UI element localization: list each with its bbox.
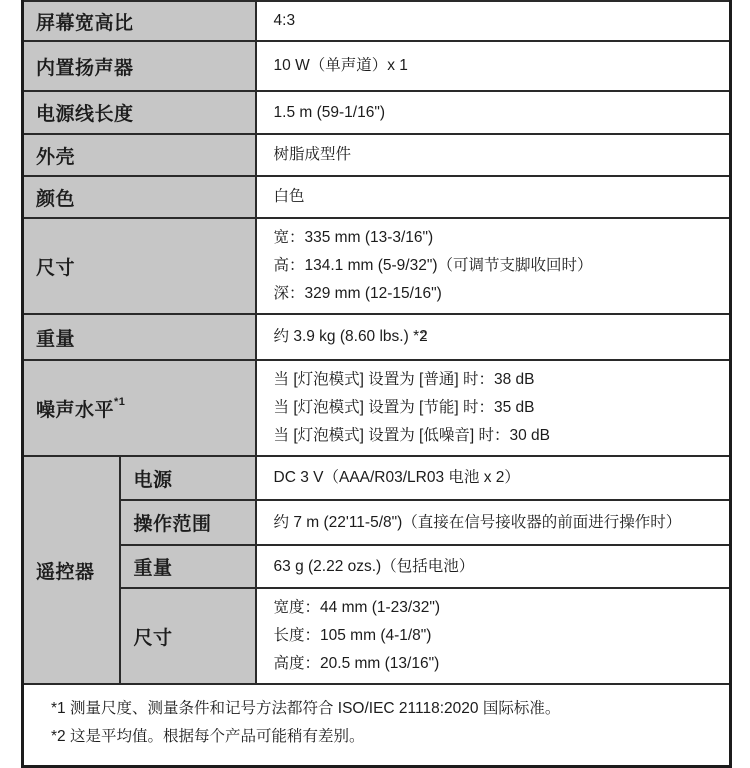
table-row: 噪声水平*1当 [灯泡模式] 设置为 [普通] 时：38 dB当 [灯泡模式] … <box>23 360 731 456</box>
row-value: 白色 <box>256 176 731 218</box>
value-text: 10 W（单声道）x 1 <box>274 57 408 74</box>
label-text: 电源 <box>134 470 173 491</box>
row-value: 约 3.9 kg (8.60 lbs.) *22 <box>256 314 731 360</box>
footnote-line: *2 这是平均值。根据每个产品可能稍有差别。 <box>51 723 719 751</box>
table-row: 屏幕宽高比4:3 <box>23 1 731 41</box>
value-line: 宽：335 mm (13-3/16") <box>274 224 722 252</box>
row-label: 屏幕宽高比 <box>23 1 256 41</box>
row-value: 1.5 m (59-1/16") <box>256 91 731 134</box>
table-row: 尺寸宽：335 mm (13-3/16")高：134.1 mm (5-9/32"… <box>23 218 731 314</box>
sub-row-label: 尺寸 <box>120 588 256 684</box>
table-row: 颜色白色 <box>23 176 731 218</box>
row-label: 重量 <box>23 314 256 360</box>
row-label: 内置扬声器 <box>23 41 256 91</box>
table-row: 外壳树脂成型件 <box>23 134 731 176</box>
label-text: 重量 <box>36 329 75 350</box>
value-line: 高度：20.5 mm (13/16") <box>274 650 722 678</box>
row-value: DC 3 V（AAA/R03/LR03 电池 x 2） <box>256 456 731 500</box>
value-text: 63 g (2.22 ozs.)（包括电池） <box>274 558 475 575</box>
footnote-row: *1 测量尺度、测量条件和记号方法都符合 ISO/IEC 21118:2020 … <box>23 684 731 767</box>
value-text: 当 [灯泡模式] 设置为 [低噪音] 时：30 dB <box>274 427 550 444</box>
value-line: 长度：105 mm (4-1/8") <box>274 622 722 650</box>
value-text: 约 3.9 kg (8.60 lbs.) *2 <box>274 328 428 345</box>
value-text: 高：134.1 mm (5-9/32")（可调节支脚收回时） <box>274 257 593 274</box>
value-text: 长度：105 mm (4-1/8") <box>274 627 432 644</box>
value-text: 高度：20.5 mm (13/16") <box>274 655 440 672</box>
row-label: 外壳 <box>23 134 256 176</box>
row-label: 尺寸 <box>23 218 256 314</box>
label-text: 噪声水平 <box>36 400 114 421</box>
sub-row-label: 重量 <box>120 545 256 588</box>
table-row: 尺寸宽度：44 mm (1-23/32")长度：105 mm (4-1/8")高… <box>23 588 731 684</box>
row-value: 当 [灯泡模式] 设置为 [普通] 时：38 dB当 [灯泡模式] 设置为 [节… <box>256 360 731 456</box>
value-line: 白色 <box>274 183 722 211</box>
value-line: 宽度：44 mm (1-23/32") <box>274 594 722 622</box>
value-line: 约 7 m (22'11-5/8")（直接在信号接收器的前面进行操作时） <box>274 509 722 537</box>
table-row: 操作范围约 7 m (22'11-5/8")（直接在信号接收器的前面进行操作时） <box>23 500 731 545</box>
remote-group-label: 遥控器 <box>23 456 120 684</box>
spec-table: 屏幕宽高比4:3内置扬声器10 W（单声道）x 1电源线长度1.5 m (59-… <box>21 0 732 768</box>
row-value: 约 7 m (22'11-5/8")（直接在信号接收器的前面进行操作时） <box>256 500 731 545</box>
label-text: 屏幕宽高比 <box>36 13 134 34</box>
label-text: 尺寸 <box>134 628 173 649</box>
value-text: 白色 <box>274 188 305 205</box>
row-value: 宽：335 mm (13-3/16")高：134.1 mm (5-9/32")（… <box>256 218 731 314</box>
value-text: 当 [灯泡模式] 设置为 [节能] 时：35 dB <box>274 399 535 416</box>
value-text: 树脂成型件 <box>274 146 352 163</box>
value-line: 63 g (2.22 ozs.)（包括电池） <box>274 553 722 581</box>
sub-row-label: 操作范围 <box>120 500 256 545</box>
row-value: 10 W（单声道）x 1 <box>256 41 731 91</box>
table-row: 重量约 3.9 kg (8.60 lbs.) *22 <box>23 314 731 360</box>
row-value: 宽度：44 mm (1-23/32")长度：105 mm (4-1/8")高度：… <box>256 588 731 684</box>
value-line: 深：329 mm (12-15/16") <box>274 280 722 308</box>
value-text: 4:3 <box>274 12 296 29</box>
label-text: 内置扬声器 <box>36 58 134 79</box>
row-value: 63 g (2.22 ozs.)（包括电池） <box>256 545 731 588</box>
value-text: 宽：335 mm (13-3/16") <box>274 229 434 246</box>
row-label: 电源线长度 <box>23 91 256 134</box>
value-text: 1.5 m (59-1/16") <box>274 104 385 121</box>
value-line: 当 [灯泡模式] 设置为 [普通] 时：38 dB <box>274 366 722 394</box>
value-text: DC 3 V（AAA/R03/LR03 电池 x 2） <box>274 469 520 486</box>
label-text: 电源线长度 <box>36 104 134 125</box>
value-text: 当 [灯泡模式] 设置为 [普通] 时：38 dB <box>274 371 535 388</box>
table-row: 电源线长度1.5 m (59-1/16") <box>23 91 731 134</box>
label-text: 尺寸 <box>36 258 75 279</box>
spec-table-body: 屏幕宽高比4:3内置扬声器10 W（单声道）x 1电源线长度1.5 m (59-… <box>23 1 731 767</box>
value-line: 10 W（单声道）x 1 <box>274 52 722 80</box>
spec-page: 屏幕宽高比4:3内置扬声器10 W（单声道）x 1电源线长度1.5 m (59-… <box>0 0 750 742</box>
value-line: DC 3 V（AAA/R03/LR03 电池 x 2） <box>274 464 722 492</box>
table-row: 遥控器电源DC 3 V（AAA/R03/LR03 电池 x 2） <box>23 456 731 500</box>
label-text: 遥控器 <box>36 562 95 583</box>
label-text: 颜色 <box>36 189 75 210</box>
label-text: 操作范围 <box>134 514 212 535</box>
row-value: 4:3 <box>256 1 731 41</box>
value-line: 4:3 <box>274 7 722 35</box>
value-line: 当 [灯泡模式] 设置为 [节能] 时：35 dB <box>274 394 722 422</box>
table-row: 内置扬声器10 W（单声道）x 1 <box>23 41 731 91</box>
footnote-superscript: 2 <box>421 330 427 342</box>
label-text: 外壳 <box>36 147 75 168</box>
value-line: 高：134.1 mm (5-9/32")（可调节支脚收回时） <box>274 252 722 280</box>
value-line: 当 [灯泡模式] 设置为 [低噪音] 时：30 dB <box>274 422 722 450</box>
value-line: 树脂成型件 <box>274 141 722 169</box>
value-line: 约 3.9 kg (8.60 lbs.) *22 <box>274 323 722 351</box>
label-text: 重量 <box>134 558 173 579</box>
row-value: 树脂成型件 <box>256 134 731 176</box>
value-text: 宽度：44 mm (1-23/32") <box>274 599 441 616</box>
sub-row-label: 电源 <box>120 456 256 500</box>
footnote-line: *1 测量尺度、测量条件和记号方法都符合 ISO/IEC 21118:2020 … <box>51 695 719 723</box>
value-text: 约 7 m (22'11-5/8")（直接在信号接收器的前面进行操作时） <box>274 514 682 531</box>
value-text: 深：329 mm (12-15/16") <box>274 285 442 302</box>
row-label: 噪声水平*1 <box>23 360 256 456</box>
footnotes: *1 测量尺度、测量条件和记号方法都符合 ISO/IEC 21118:2020 … <box>23 684 731 767</box>
row-label: 颜色 <box>23 176 256 218</box>
value-line: 1.5 m (59-1/16") <box>274 99 722 127</box>
footnote-superscript: *1 <box>114 396 125 408</box>
table-row: 重量63 g (2.22 ozs.)（包括电池） <box>23 545 731 588</box>
